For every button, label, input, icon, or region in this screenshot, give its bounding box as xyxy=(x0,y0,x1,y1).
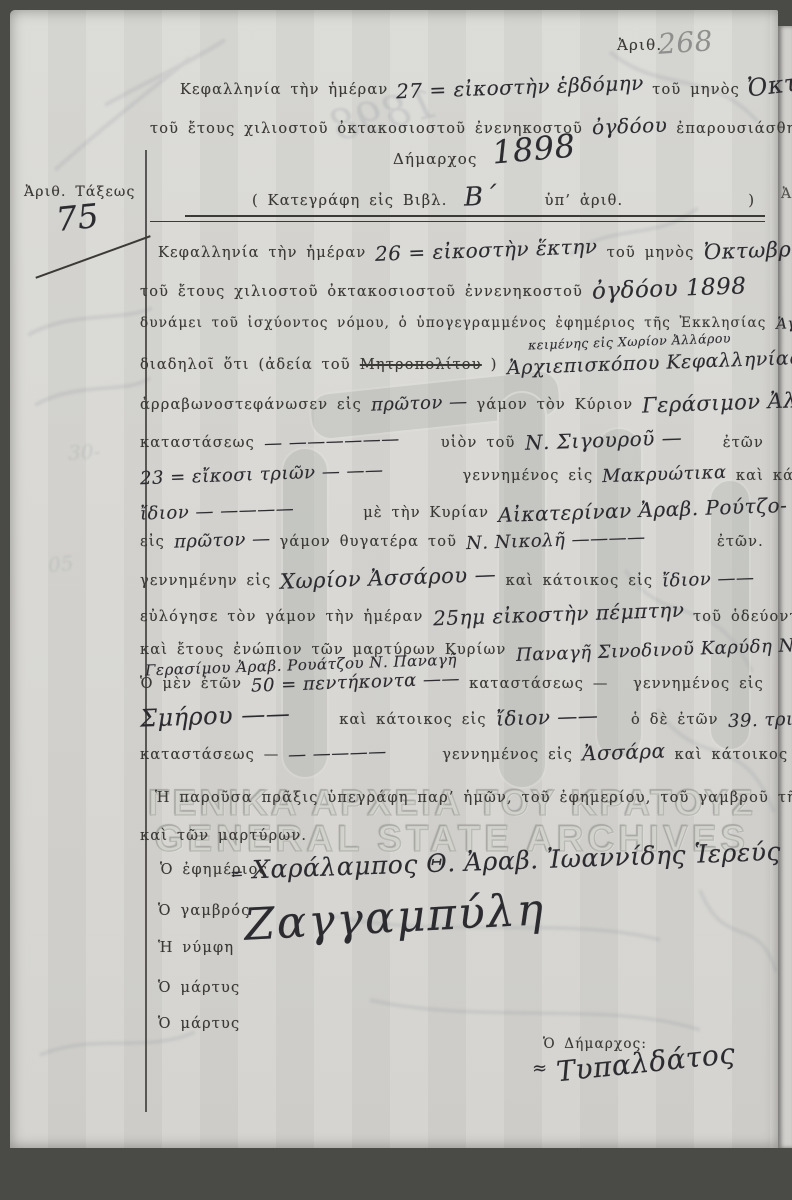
handwritten-text: πρῶτον — xyxy=(371,391,468,415)
printed-text: γεννημένην εἰς xyxy=(140,573,271,589)
body-line: 23 = εἴκοσι τριῶν — —— γεννημένος εἰς Μα… xyxy=(140,464,764,485)
handwritten-text: Ἀσσάρα xyxy=(582,739,666,766)
body-line: τοῦ ἔτους χιλιοστοῦ ὀκτακοσιοστοῦ ἐννενη… xyxy=(140,276,764,302)
header-line-2: τοῦ ἔτους χιλιοστοῦ ὀκτακοσιοστοῦ ἐνενηκ… xyxy=(150,114,792,138)
handwritten-text: 23 = εἴκοσι τριῶν — —— xyxy=(140,460,384,489)
priest-equals-mark: = xyxy=(230,864,245,883)
record-number-value: 268 xyxy=(657,24,714,61)
header-line-4: ( Κατεγράφη εἰς Βιβλ. Β΄ ὑπ’ ἀριθ. ) xyxy=(252,182,755,212)
body-line: γεννημένην εἰς Χωρίον Ἀσσάρου — καὶ κάτο… xyxy=(140,566,764,590)
printed-text: καὶ κάτοικος εἰς xyxy=(339,712,486,728)
printed-text: Κεφαλληνία τὴν ἡμέραν xyxy=(158,245,366,261)
printed-text: μὲ τὴν Κυρίαν xyxy=(363,505,489,521)
printed-text: καταστάσεως — xyxy=(469,676,608,692)
body-line: εὐλόγησε τὸν γάμον τὴν ἡμέραν 25ημ εἰκοσ… xyxy=(140,602,764,626)
mayor-equals-mark: ≈ xyxy=(532,1058,548,1080)
handwritten-text: Ὀκτωβρίου- xyxy=(703,236,792,265)
printed-text: ἐτῶν. xyxy=(717,534,764,550)
body-line: εἰς πρῶτον — γάμον θυγατέρα τοῦ Ν. Νικολ… xyxy=(140,530,764,551)
printed-text: δυνάμει τοῦ ἰσχύοντος νόμου, ὁ ὑπογεγραμ… xyxy=(140,315,767,331)
closing-line-1: Ἡ παροῦσα πρᾶξις ὑπεγράφη παρ’ ἡμῶν, τοῦ… xyxy=(155,790,792,806)
printed-text: καταστάσεως — xyxy=(140,747,279,763)
body-line: Κεφαλληνία τὴν ἡμέραν 26 = εἰκοστὴν ἕκτη… xyxy=(158,238,764,262)
handwritten-text: Μακρυώτικα xyxy=(602,462,727,487)
printed-text: ἀρραβωνοστεφάνωσεν εἰς xyxy=(140,397,362,413)
printed-text: γάμον θυγατέρα τοῦ xyxy=(279,534,457,550)
handwritten-text: ἴδιον —— xyxy=(662,567,755,591)
signature-label-groom: Ὁ γαμβρός xyxy=(158,903,251,919)
printed-text: εἰς xyxy=(140,534,165,550)
handwritten-text: — ———— xyxy=(288,741,387,765)
printed-text: τοῦ μηνὸς xyxy=(652,82,740,98)
printed-text: εὐλόγησε τὸν γάμον τὴν ἡμέραν xyxy=(140,609,424,625)
mayor-header-label: Δήμαρχος xyxy=(393,150,478,168)
printed-text: γάμον τὸν Κύριον xyxy=(477,397,634,413)
body-line: ἀρραβωνοστεφάνωσεν εἰς πρῶτον — γάμον τὸ… xyxy=(140,390,764,414)
handwritten-text: Ν. Σιγουροῦ — xyxy=(524,425,682,454)
next-page-fragment: Ἀρ xyxy=(781,186,792,202)
printed-text: γεννημένος εἰς xyxy=(442,747,573,763)
handwritten-year-word: ὀγδόου xyxy=(592,113,668,140)
body-line: Ὁ μὲν ἐτῶν 50 = πεντήκοντα —— καταστάσεω… xyxy=(140,672,764,693)
handwritten-day: 27 = εἰκοστὴν ἑβδόμην xyxy=(396,71,645,104)
record-number-label: Ἀριθ. xyxy=(617,36,662,54)
signature-label-bride: Ἡ νύμφη xyxy=(158,940,234,956)
printed-text-struck: Μητροπολίτου xyxy=(360,357,482,373)
handwritten-text: Γεράσιμον Ἀλαμπῆ xyxy=(642,386,792,417)
handwritten-text: ὀγδόου 1898 xyxy=(592,273,747,304)
body-line: καταστάσεως — —————— υἱὸν τοῦ Ν. Σιγουρο… xyxy=(140,428,764,452)
printed-text: τοῦ ὁδεύοντος μηνὸς xyxy=(693,609,792,625)
body-line: ἴδιον — ———— μὲ τὴν Κυρίαν Αἰκατερίναν Ἀ… xyxy=(140,498,764,522)
printed-text: ὑπ’ ἀριθ. xyxy=(545,193,624,209)
printed-text: διαδηλοῖ ὅτι (ἀδεία τοῦ xyxy=(140,357,351,373)
printed-text: ) xyxy=(748,193,755,209)
signature-label-witness-1: Ὁ μάρτυς xyxy=(158,980,240,996)
handwritten-text: πρῶτον — xyxy=(174,528,271,552)
order-number-value: 75 xyxy=(54,196,101,239)
photograph-background: Ἀρ 1898 30- 05 Ἀριθ. xyxy=(0,0,792,1200)
printed-text: γεννημένος εἰς xyxy=(463,468,594,484)
printed-text: υἱὸν τοῦ xyxy=(441,435,516,451)
handwritten-text: Χωρίον Ἀσσάρου — xyxy=(280,562,497,594)
handwritten-book: Β΄ xyxy=(463,181,497,212)
printed-text: Ὁ μὲν ἐτῶν xyxy=(140,676,242,692)
handwritten-text: 50 = πεντήκοντα —— xyxy=(251,668,461,696)
header-rule-bottom xyxy=(150,221,765,222)
header-rule-top xyxy=(185,215,765,217)
printed-text: Κεφαλληνία τὴν ἡμέραν xyxy=(180,82,388,98)
printed-text: τοῦ ἔτους χιλιοστοῦ ὀκτακοσιοστοῦ ἐννενη… xyxy=(140,284,583,300)
handwritten-text: Αἰκατερίναν Ἀραβ. Ρούτζο- xyxy=(498,493,788,527)
handwritten-text: 26 = εἰκοστὴν ἕκτην xyxy=(375,234,598,266)
printed-text: καὶ κάτοικος εἰς xyxy=(675,747,792,763)
printed-text: γεννημένος εἰς xyxy=(633,676,764,692)
handwritten-text: 25ημ εἰκοστὴν πέμπτην xyxy=(432,598,684,631)
printed-text: καὶ κάτοικος εἰς xyxy=(506,573,653,589)
handwritten-text: 39. τριάντα ἐννέα xyxy=(727,705,792,732)
printed-text: ἐτῶν xyxy=(723,435,764,451)
handwritten-text: Ἁγ. Νικολάου xyxy=(775,311,792,333)
printed-text: ( Κατεγράφη εἰς Βιβλ. xyxy=(252,193,448,209)
handwritten-text: Ν. Νικολῆ ———— xyxy=(466,527,646,554)
printed-text: καὶ κάτοικος εἰς xyxy=(736,468,792,484)
body-line: καταστάσεως — — ———— γεννημένος εἰς Ἀσσά… xyxy=(140,740,764,764)
handwritten-year: 1898 xyxy=(491,126,577,171)
handwritten-text: — —————— xyxy=(264,429,400,455)
printed-text: ἐπαρουσιάσθη xyxy=(676,121,792,137)
printed-text: ) xyxy=(491,357,498,373)
handwritten-text: ἴδιον — ———— xyxy=(140,498,295,524)
body-line: δυνάμει τοῦ ἰσχύοντος νόμου, ὁ ὑπογεγραμ… xyxy=(140,313,764,331)
printed-text: τοῦ μηνὸς xyxy=(607,245,695,261)
body-line: Σμήρου —— καὶ κάτοικος εἰς ἴδιον —— ὁ δὲ… xyxy=(140,702,764,730)
printed-text: καταστάσεως xyxy=(140,435,255,451)
handwritten-text: Σμήρου —— xyxy=(140,699,291,732)
handwritten-text: ἴδιον —— xyxy=(495,703,598,731)
header-line-1: Κεφαλληνία τὴν ἡμέραν 27 = εἰκοστὴν ἑβδό… xyxy=(180,72,792,100)
signature-label-witness-2: Ὁ μάρτυς xyxy=(158,1016,240,1032)
printed-text: ὁ δὲ ἐτῶν xyxy=(631,712,719,728)
closing-line-2: καὶ τῶν μαρτύρων. xyxy=(140,828,307,844)
body-line: διαδηλοῖ ὅτι (ἀδεία τοῦ Μητροπολίτου ) Ἀ… xyxy=(140,352,764,374)
